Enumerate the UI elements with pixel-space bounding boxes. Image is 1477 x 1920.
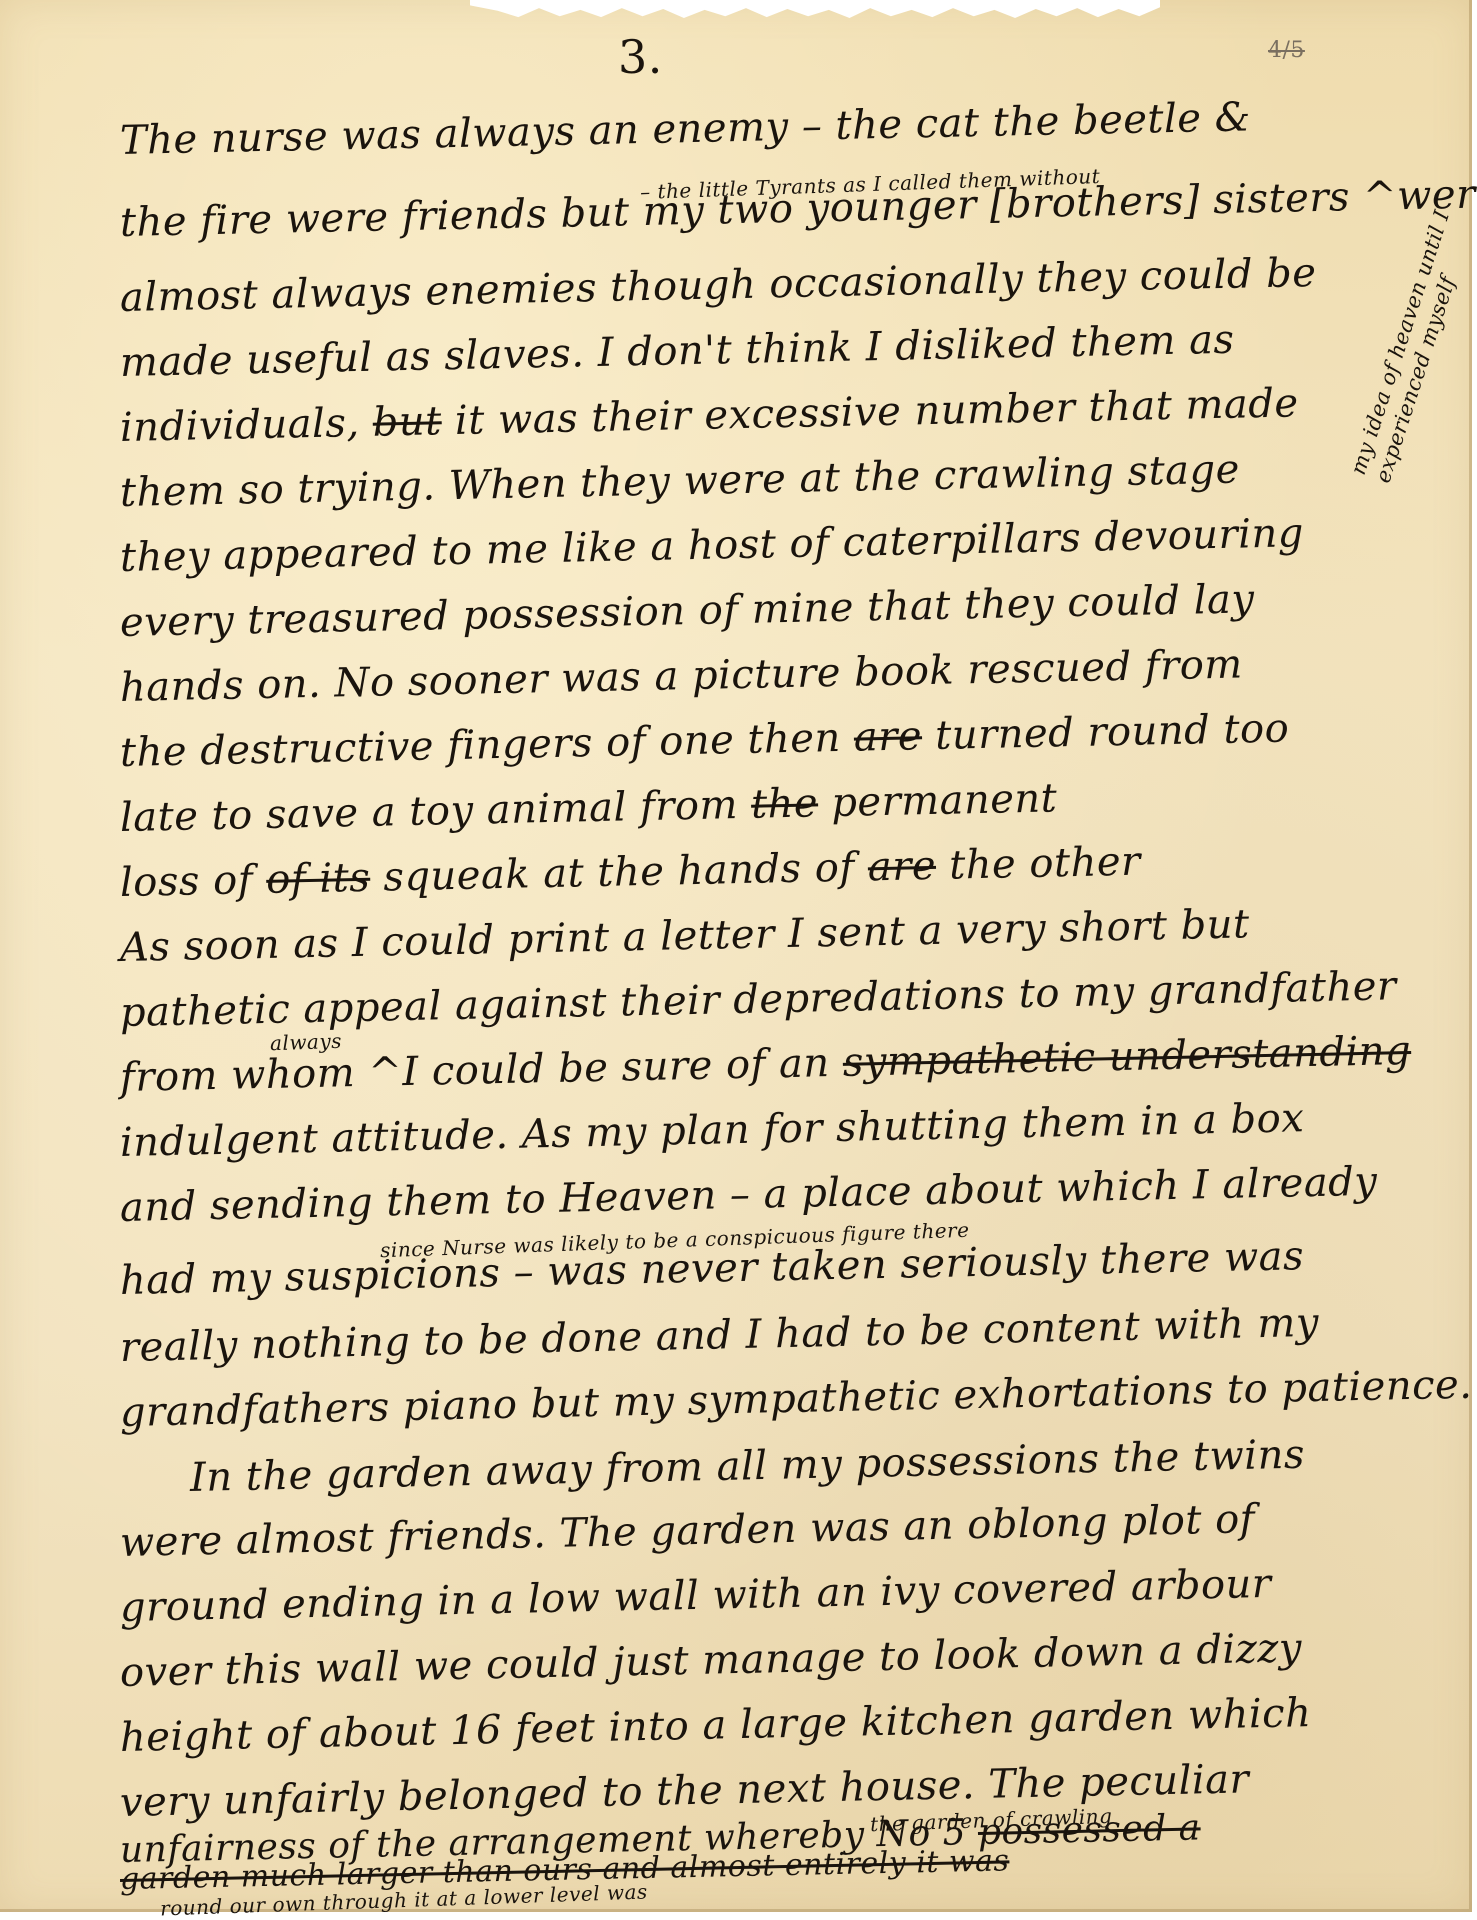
struck-text: but [372, 398, 442, 445]
manuscript-line: height of about 16 feet into a large kit… [120, 1690, 1312, 1761]
archive-mark: 4/5 [1268, 38, 1305, 63]
manuscript-line: pathetic appeal against their depredatio… [120, 963, 1397, 1036]
manuscript-line: hands on. No sooner was a picture book r… [120, 641, 1244, 711]
struck-text: are [867, 843, 936, 890]
manuscript-line: made useful as slaves. I don't think I d… [120, 317, 1235, 386]
struck-text: the [751, 780, 819, 827]
manuscript-line: loss of of its squeak at the hands of ar… [120, 839, 1142, 906]
struck-text: possessed a [978, 1807, 1201, 1853]
manuscript-line: every treasured possession of mine that … [120, 576, 1255, 646]
struck-text: of its [266, 855, 371, 903]
manuscript-line: really nothing to be done and I had to b… [120, 1300, 1320, 1371]
page-number: 3. [618, 30, 663, 84]
manuscript-line: them so trying. When they were at the cr… [120, 447, 1241, 516]
manuscript-line: were almost friends. The garden was an o… [120, 1496, 1256, 1566]
manuscript-line: and sending them to Heaven – a place abo… [120, 1159, 1378, 1231]
manuscript-line: almost always enemies though occasionall… [120, 250, 1317, 321]
manuscript-line: over this wall we could just manage to l… [120, 1625, 1303, 1696]
manuscript-line: indulgent attitude. As my plan for shutt… [120, 1095, 1305, 1166]
manuscript-line: ground ending in a low wall with an ivy … [120, 1561, 1272, 1631]
margin-note: my idea of heaven until I experienced my… [1345, 207, 1477, 486]
manuscript-line: The nurse was always an enemy – the cat … [120, 94, 1252, 164]
manuscript-line: the destructive fingers of one then are … [120, 706, 1290, 776]
manuscript-line: they appeared to me like a host of cater… [120, 510, 1305, 581]
manuscript-line: In the garden away from all my possessio… [190, 1432, 1306, 1501]
torn-top-edge [470, 0, 1160, 18]
manuscript-line: late to save a toy animal from the perma… [120, 775, 1058, 841]
manuscript-line: As soon as I could print a letter I sent… [120, 901, 1250, 971]
struck-text: are [853, 713, 922, 760]
struck-text: sympathetic understanding [842, 1028, 1411, 1086]
manuscript-line: individuals, but it was their excessive … [120, 380, 1299, 451]
manuscript-line: grandfathers piano but my sympathetic ex… [120, 1362, 1473, 1436]
manuscript-page: 3. 4/5 my idea of heaven until I experie… [0, 0, 1472, 1912]
